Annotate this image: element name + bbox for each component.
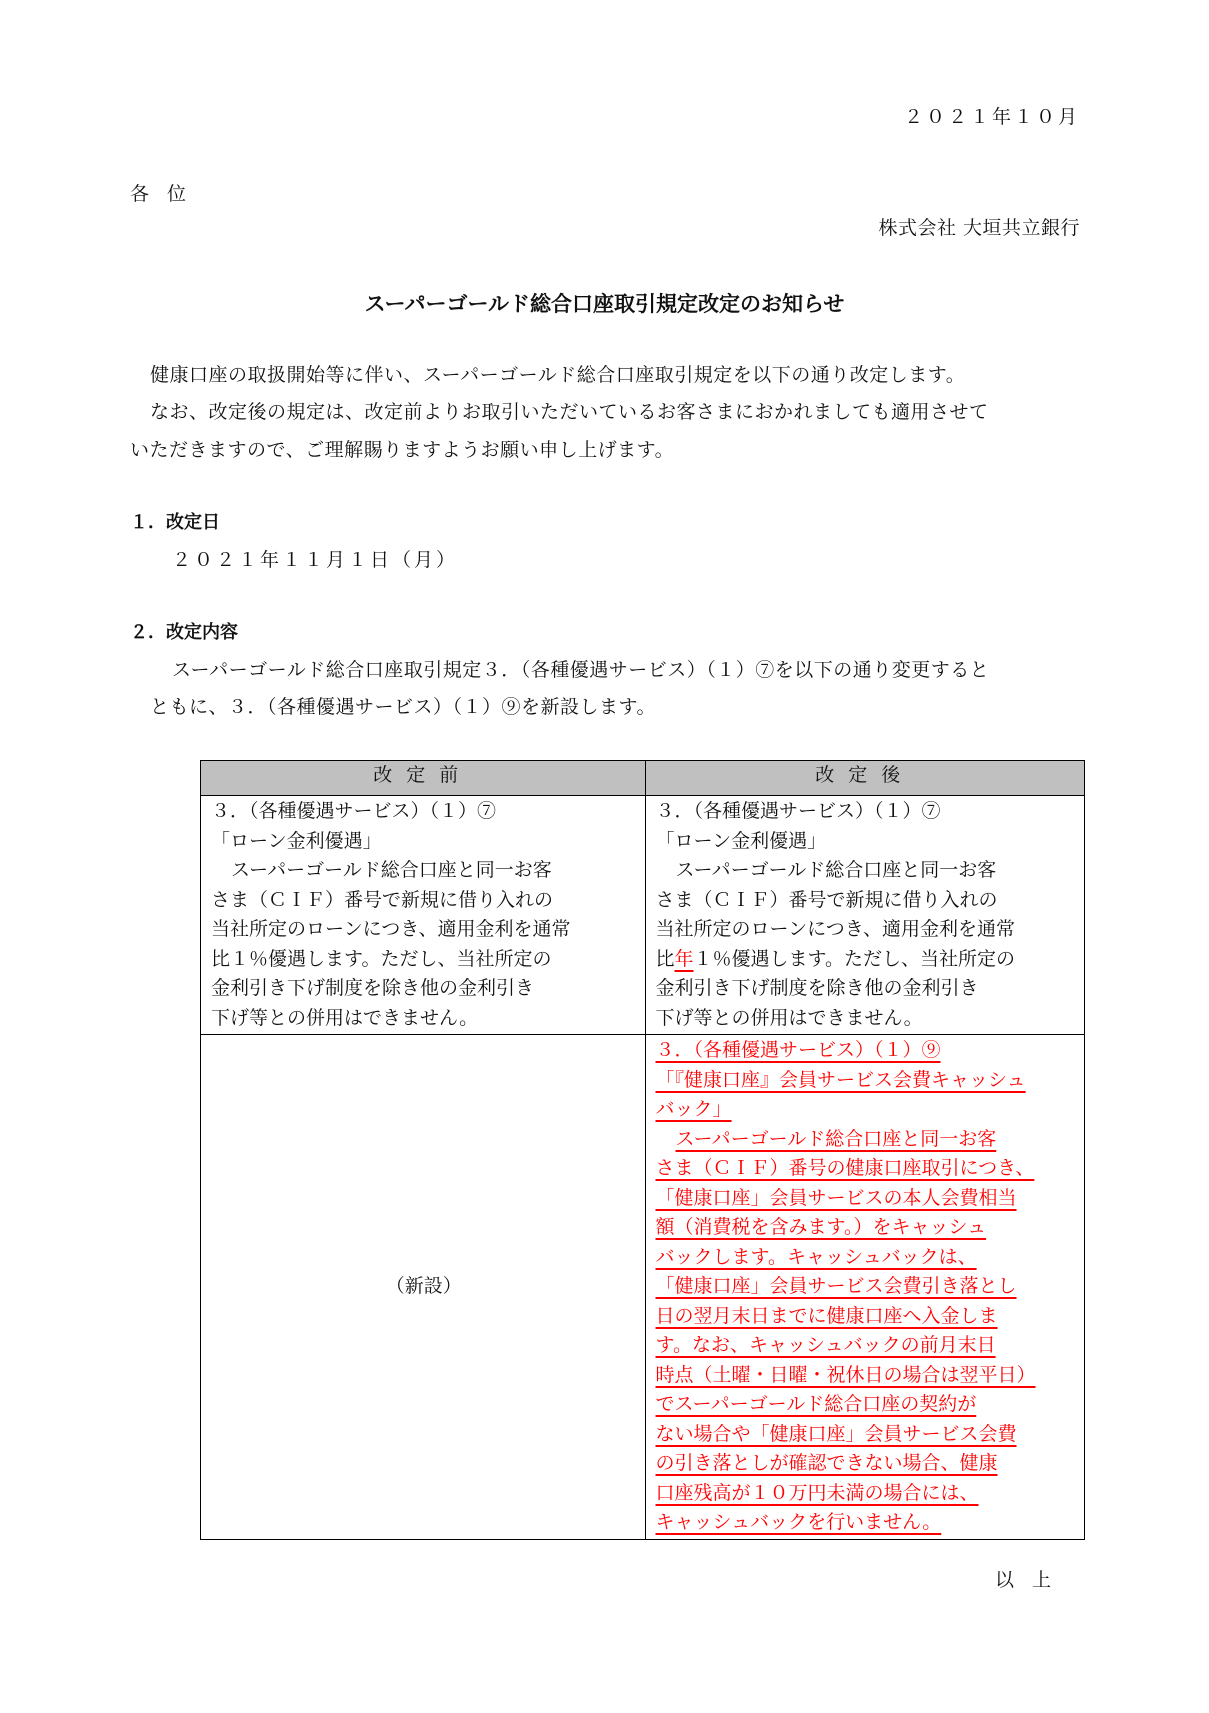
clause-text: 「健康口座」会員サービス会費引き落とし [656,1275,1017,1297]
text-fragment: 比 [656,948,675,970]
header-before: 改定前 [201,761,646,796]
text-fragment: １％優遇します。ただし、当社所定の [694,948,1015,970]
cell-after-clause-7: ３．（各種優遇サービス）（１）⑦ 「ローン金利優遇」 スーパーゴールド総合口座と… [645,796,1085,1035]
page-title: スーパーゴールド総合口座取引規定改定のお知らせ [0,290,1209,318]
table-row: （新設） ３．（各種優遇サービス）（１）⑨ 「『健康口座』会員サービス会費キャッ… [201,1035,1085,1540]
clause-text: スーパーゴールド総合口座と同一お客 [211,856,637,886]
clause-title: バック」 [656,1098,732,1120]
new-label: （新設） [386,1275,462,1297]
comparison-table: 改定前 改定後 ３．（各種優遇サービス）（１）⑦ 「ローン金利優遇」 スーパーゴ… [200,760,1085,1540]
clause-text: 下げ等との併用はできません。 [656,1004,1077,1034]
clause-text: 額（消費税を含みます。）をキャッシュ [656,1216,987,1238]
clause-text: 比１％優遇します。ただし、当社所定の [211,945,637,975]
header-after: 改定後 [645,761,1085,796]
added-text: 年 [675,948,694,970]
clause-text: さま（ＣＩＦ）番号で新規に借り入れの [656,886,1077,916]
clause-text: 「健康口座」会員サービスの本人会費相当 [656,1187,1017,1209]
clause-number: ３．（各種優遇サービス）（１）⑦ [656,797,1077,827]
clause-text: さま（ＣＩＦ）番号で新規に借り入れの [211,886,637,916]
table-row: ３．（各種優遇サービス）（１）⑦ 「ローン金利優遇」 スーパーゴールド総合口座と… [201,796,1085,1035]
table-header-row: 改定前 改定後 [201,761,1085,796]
clause-text: 時点（土曜・日曜・祝休日の場合は翌平日） [656,1364,1036,1386]
cell-before-clause-7: ３．（各種優遇サービス）（１）⑦ 「ローン金利優遇」 スーパーゴールド総合口座と… [201,796,646,1035]
intro-line-1: 健康口座の取扱開始等に伴い、スーパーゴールド総合口座取引規定を以下の通り改定しま… [150,363,965,387]
section-2-heading: ２．改定内容 [130,621,238,645]
addressee: 各位 [130,182,204,206]
clause-text: す。なお、キャッシュバックの前月末日 [656,1334,996,1356]
document-date: ２０２１年１０月 [904,105,1080,129]
clause-text: スーパーゴールド総合口座と同一お客 [676,1128,997,1150]
intro-line-2: なお、改定後の規定は、改定前よりお取引いただいているお客さまにおかれましても適用… [150,400,989,424]
closing-mark: 以上 [995,1568,1069,1592]
clause-number: ３．（各種優遇サービス）（１）⑨ [656,1039,941,1061]
clause-text: キャッシュバックを行いません。 [656,1511,942,1533]
clause-text: バックします。キャッシュバックは、 [656,1246,977,1268]
section-2-line-2: ともに、３．（各種優遇サービス）（１）⑨を新設します。 [150,695,656,719]
clause-text: さま（ＣＩＦ）番号の健康口座取引につき、 [656,1157,1035,1179]
clause-text: 当社所定のローンにつき、適用金利を通常 [211,915,637,945]
clause-title: 「ローン金利優遇」 [211,827,637,857]
clause-text: 口座残高が１０万円未満の場合には、 [656,1482,979,1504]
clause-text: ない場合や「健康口座」会員サービス会費 [656,1423,1017,1445]
clause-title: 「ローン金利優遇」 [656,827,1077,857]
clause-text: でスーパーゴールド総合口座の契約が [656,1393,977,1415]
clause-text-revised: 比年１％優遇します。ただし、当社所定の [656,945,1077,975]
clause-title: 「『健康口座』会員サービス会費キャッシュ [656,1069,1026,1091]
clause-text: 当社所定のローンにつき、適用金利を通常 [656,915,1077,945]
company-name: 株式会社 大垣共立銀行 [878,216,1080,240]
clause-text: 金利引き下げ制度を除き他の金利引き [656,974,1077,1004]
revision-date: ２０２１年１１月１日（月） [172,548,458,572]
clause-text: 金利引き下げ制度を除き他の金利引き [211,974,637,1004]
intro-line-3: いただきますので、ご理解賜りますようお願い申し上げます。 [130,438,674,462]
cell-before-new: （新設） [201,1035,646,1540]
section-1-heading: １．改定日 [130,511,220,535]
clause-text: 下げ等との併用はできません。 [211,1004,637,1034]
cell-after-clause-9: ３．（各種優遇サービス）（１）⑨ 「『健康口座』会員サービス会費キャッシュ バッ… [645,1035,1085,1540]
clause-number: ３．（各種優遇サービス）（１）⑦ [211,797,637,827]
clause-text: スーパーゴールド総合口座と同一お客 [656,856,1077,886]
section-2-line-1: スーパーゴールド総合口座取引規定３．（各種優遇サービス）（１）⑦を以下の通り変更… [172,658,989,682]
clause-text: の引き落としが確認できない場合、健康 [656,1452,998,1474]
clause-text: 日の翌月末日までに健康口座へ入金しま [656,1305,998,1327]
